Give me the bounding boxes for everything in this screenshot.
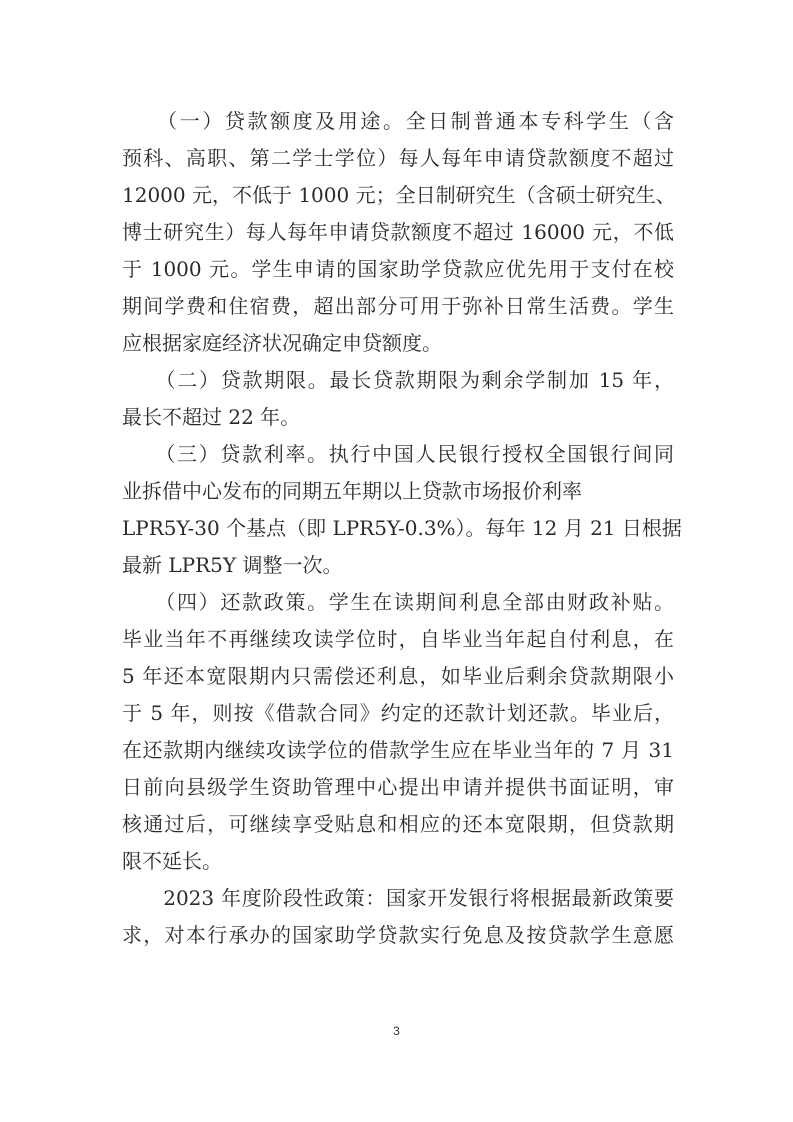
- text-line: 2023 年度阶段性政策：国家开发银行将根据最新政策要: [122, 883, 674, 913]
- text-line: 预科、高职、第二学士学位）每人每年申请贷款额度不超过: [122, 143, 674, 173]
- text-line: 业拆借中心发布的同期五年期以上贷款市场报价利率: [122, 476, 674, 506]
- text-line: 毕业当年不再继续攻读学位时，自毕业当年起自付利息，在: [122, 624, 674, 654]
- text-line: LPR5Y-30 个基点（即 LPR5Y-0.3%）。每年 12 月 21 日根…: [122, 513, 674, 543]
- page-number: 3: [0, 1024, 793, 1038]
- text-line: 核通过后，可继续享受贴息和相应的还本宽限期，但贷款期: [122, 809, 674, 839]
- text-line: 应根据家庭经济状况确定申贷额度。: [122, 328, 674, 358]
- document-page: （一）贷款额度及用途。全日制普通本专科学生（含预科、高职、第二学士学位）每人每年…: [0, 0, 793, 1122]
- text-line: 博士研究生）每人每年申请贷款额度不超过 16000 元，不低: [122, 217, 674, 247]
- text-line: 限不延长。: [122, 846, 674, 876]
- text-line: 最新 LPR5Y 调整一次。: [122, 550, 674, 580]
- text-line: 12000 元，不低于 1000 元；全日制研究生（含硕士研究生、: [122, 180, 674, 210]
- text-line: （四）还款政策。学生在读期间利息全部由财政补贴。: [122, 587, 674, 617]
- text-line: 在还款期内继续攻读学位的借款学生应在毕业当年的 7 月 31: [122, 735, 674, 765]
- text-line: （二）贷款期限。最长贷款期限为剩余学制加 15 年，: [122, 365, 674, 395]
- text-line: 日前向县级学生资助管理中心提出申请并提供书面证明，审: [122, 772, 674, 802]
- text-line: 期间学费和住宿费，超出部分可用于弥补日常生活费。学生: [122, 291, 674, 321]
- text-line: 5 年还本宽限期内只需偿还利息，如毕业后剩余贷款期限小: [122, 661, 674, 691]
- text-line: 求，对本行承办的国家助学贷款实行免息及按贷款学生意愿: [122, 920, 674, 950]
- text-line: 于 1000 元。学生申请的国家助学贷款应优先用于支付在校: [122, 254, 674, 284]
- text-line: 于 5 年，则按《借款合同》约定的还款计划还款。毕业后，: [122, 698, 674, 728]
- text-line: （三）贷款利率。执行中国人民银行授权全国银行间同: [122, 439, 674, 469]
- text-line: （一）贷款额度及用途。全日制普通本专科学生（含: [122, 106, 674, 136]
- text-line: 最长不超过 22 年。: [122, 402, 674, 432]
